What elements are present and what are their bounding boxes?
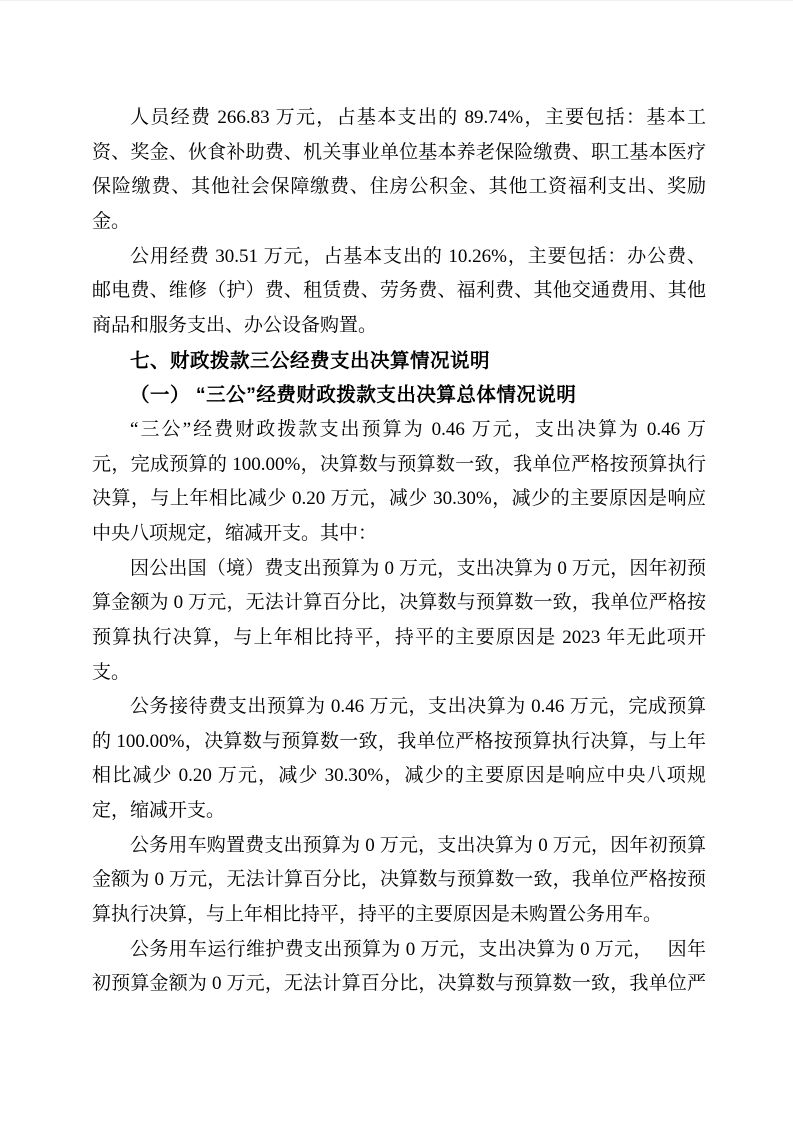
text-line: 公用经费 30.51 万元，占基本支出的 10.26%，主要包括：办公费、 bbox=[92, 240, 706, 275]
paragraph-overseas-trips: 因公出国（境）费支出预算为 0 万元，支出决算为 0 万元，因年初预 算金额为 … bbox=[92, 552, 706, 691]
text-line: 公务用车运行维护费支出预算为 0 万元，支出决算为 0 万元， 因年 bbox=[92, 933, 706, 968]
text-line: 邮电费、维修（护）费、租赁费、劳务费、福利费、其他交通费用、其他 bbox=[92, 274, 706, 309]
text-line: 的 100.00%，决算数与预算数一致，我单位严格按预算执行决算，与上年 bbox=[92, 725, 706, 760]
text-line: 保险缴费、其他社会保障缴费、住房公积金、其他工资福利支出、奖励 bbox=[92, 170, 706, 205]
section-heading-7: 七、财政拨款三公经费支出决算情况说明 bbox=[92, 344, 706, 379]
text-line: 决算，与上年相比减少 0.20 万元，减少 30.30%，减少的主要原因是响应 bbox=[92, 482, 706, 517]
paragraph-vehicle-purchase: 公务用车购置费支出预算为 0 万元，支出决算为 0 万元，因年初预算 金额为 0… bbox=[92, 829, 706, 933]
text-line: 公务用车购置费支出预算为 0 万元，支出决算为 0 万元，因年初预算 bbox=[92, 829, 706, 864]
text-line: 定，缩减开支。 bbox=[92, 794, 706, 829]
text-line: 商品和服务支出、办公设备购置。 bbox=[92, 309, 706, 344]
section-heading-7-1: （一） “三公”经费财政拨款支出决算总体情况说明 bbox=[92, 378, 706, 413]
paragraph-vehicle-maintenance: 公务用车运行维护费支出预算为 0 万元，支出决算为 0 万元， 因年 初预算金额… bbox=[92, 933, 706, 1002]
heading-text: （一） “三公”经费财政拨款支出决算总体情况说明 bbox=[92, 378, 706, 413]
text-line: 金。 bbox=[92, 205, 706, 240]
text-line: 金额为 0 万元，无法计算百分比，决算数与预算数一致，我单位严格按预 bbox=[92, 863, 706, 898]
paragraph-public-funds: 公用经费 30.51 万元，占基本支出的 10.26%，主要包括：办公费、 邮电… bbox=[92, 240, 706, 344]
text-line: 因公出国（境）费支出预算为 0 万元，支出决算为 0 万元，因年初预 bbox=[92, 552, 706, 587]
heading-text: 七、财政拨款三公经费支出决算情况说明 bbox=[92, 344, 706, 379]
text-line: 公务接待费支出预算为 0.46 万元，支出决算为 0.46 万元，完成预算 bbox=[92, 690, 706, 725]
document-content: 人员经费 266.83 万元，占基本支出的 89.74%，主要包括：基本工 资、… bbox=[92, 101, 706, 1002]
paragraph-personnel-funds: 人员经费 266.83 万元，占基本支出的 89.74%，主要包括：基本工 资、… bbox=[92, 101, 706, 240]
text-line: 算金额为 0 万元，无法计算百分比，决算数与预算数一致，我单位严格按 bbox=[92, 586, 706, 621]
text-line: 相比减少 0.20 万元，减少 30.30%，减少的主要原因是响应中央八项规 bbox=[92, 759, 706, 794]
text-line: 人员经费 266.83 万元，占基本支出的 89.74%，主要包括：基本工 bbox=[92, 101, 706, 136]
text-line: 元，完成预算的 100.00%，决算数与预算数一致，我单位严格按预算执行 bbox=[92, 448, 706, 483]
text-line: 支。 bbox=[92, 656, 706, 691]
text-line: “三公”经费财政拨款支出预算为 0.46 万元，支出决算为 0.46 万 bbox=[92, 413, 706, 448]
paragraph-three-public-total: “三公”经费财政拨款支出预算为 0.46 万元，支出决算为 0.46 万 元，完… bbox=[92, 413, 706, 552]
text-line: 算执行决算，与上年相比持平，持平的主要原因是未购置公务用车。 bbox=[92, 898, 706, 933]
document-page: 人员经费 266.83 万元，占基本支出的 89.74%，主要包括：基本工 资、… bbox=[0, 0, 793, 1122]
text-line: 预算执行决算，与上年相比持平，持平的主要原因是 2023 年无此项开 bbox=[92, 621, 706, 656]
text-line: 初预算金额为 0 万元，无法计算百分比，决算数与预算数一致，我单位严 bbox=[92, 967, 706, 1002]
text-line: 中央八项规定，缩减开支。其中： bbox=[92, 517, 706, 552]
text-line: 资、奖金、伙食补助费、机关事业单位基本养老保险缴费、职工基本医疗 bbox=[92, 136, 706, 171]
paragraph-official-reception: 公务接待费支出预算为 0.46 万元，支出决算为 0.46 万元，完成预算 的 … bbox=[92, 690, 706, 829]
